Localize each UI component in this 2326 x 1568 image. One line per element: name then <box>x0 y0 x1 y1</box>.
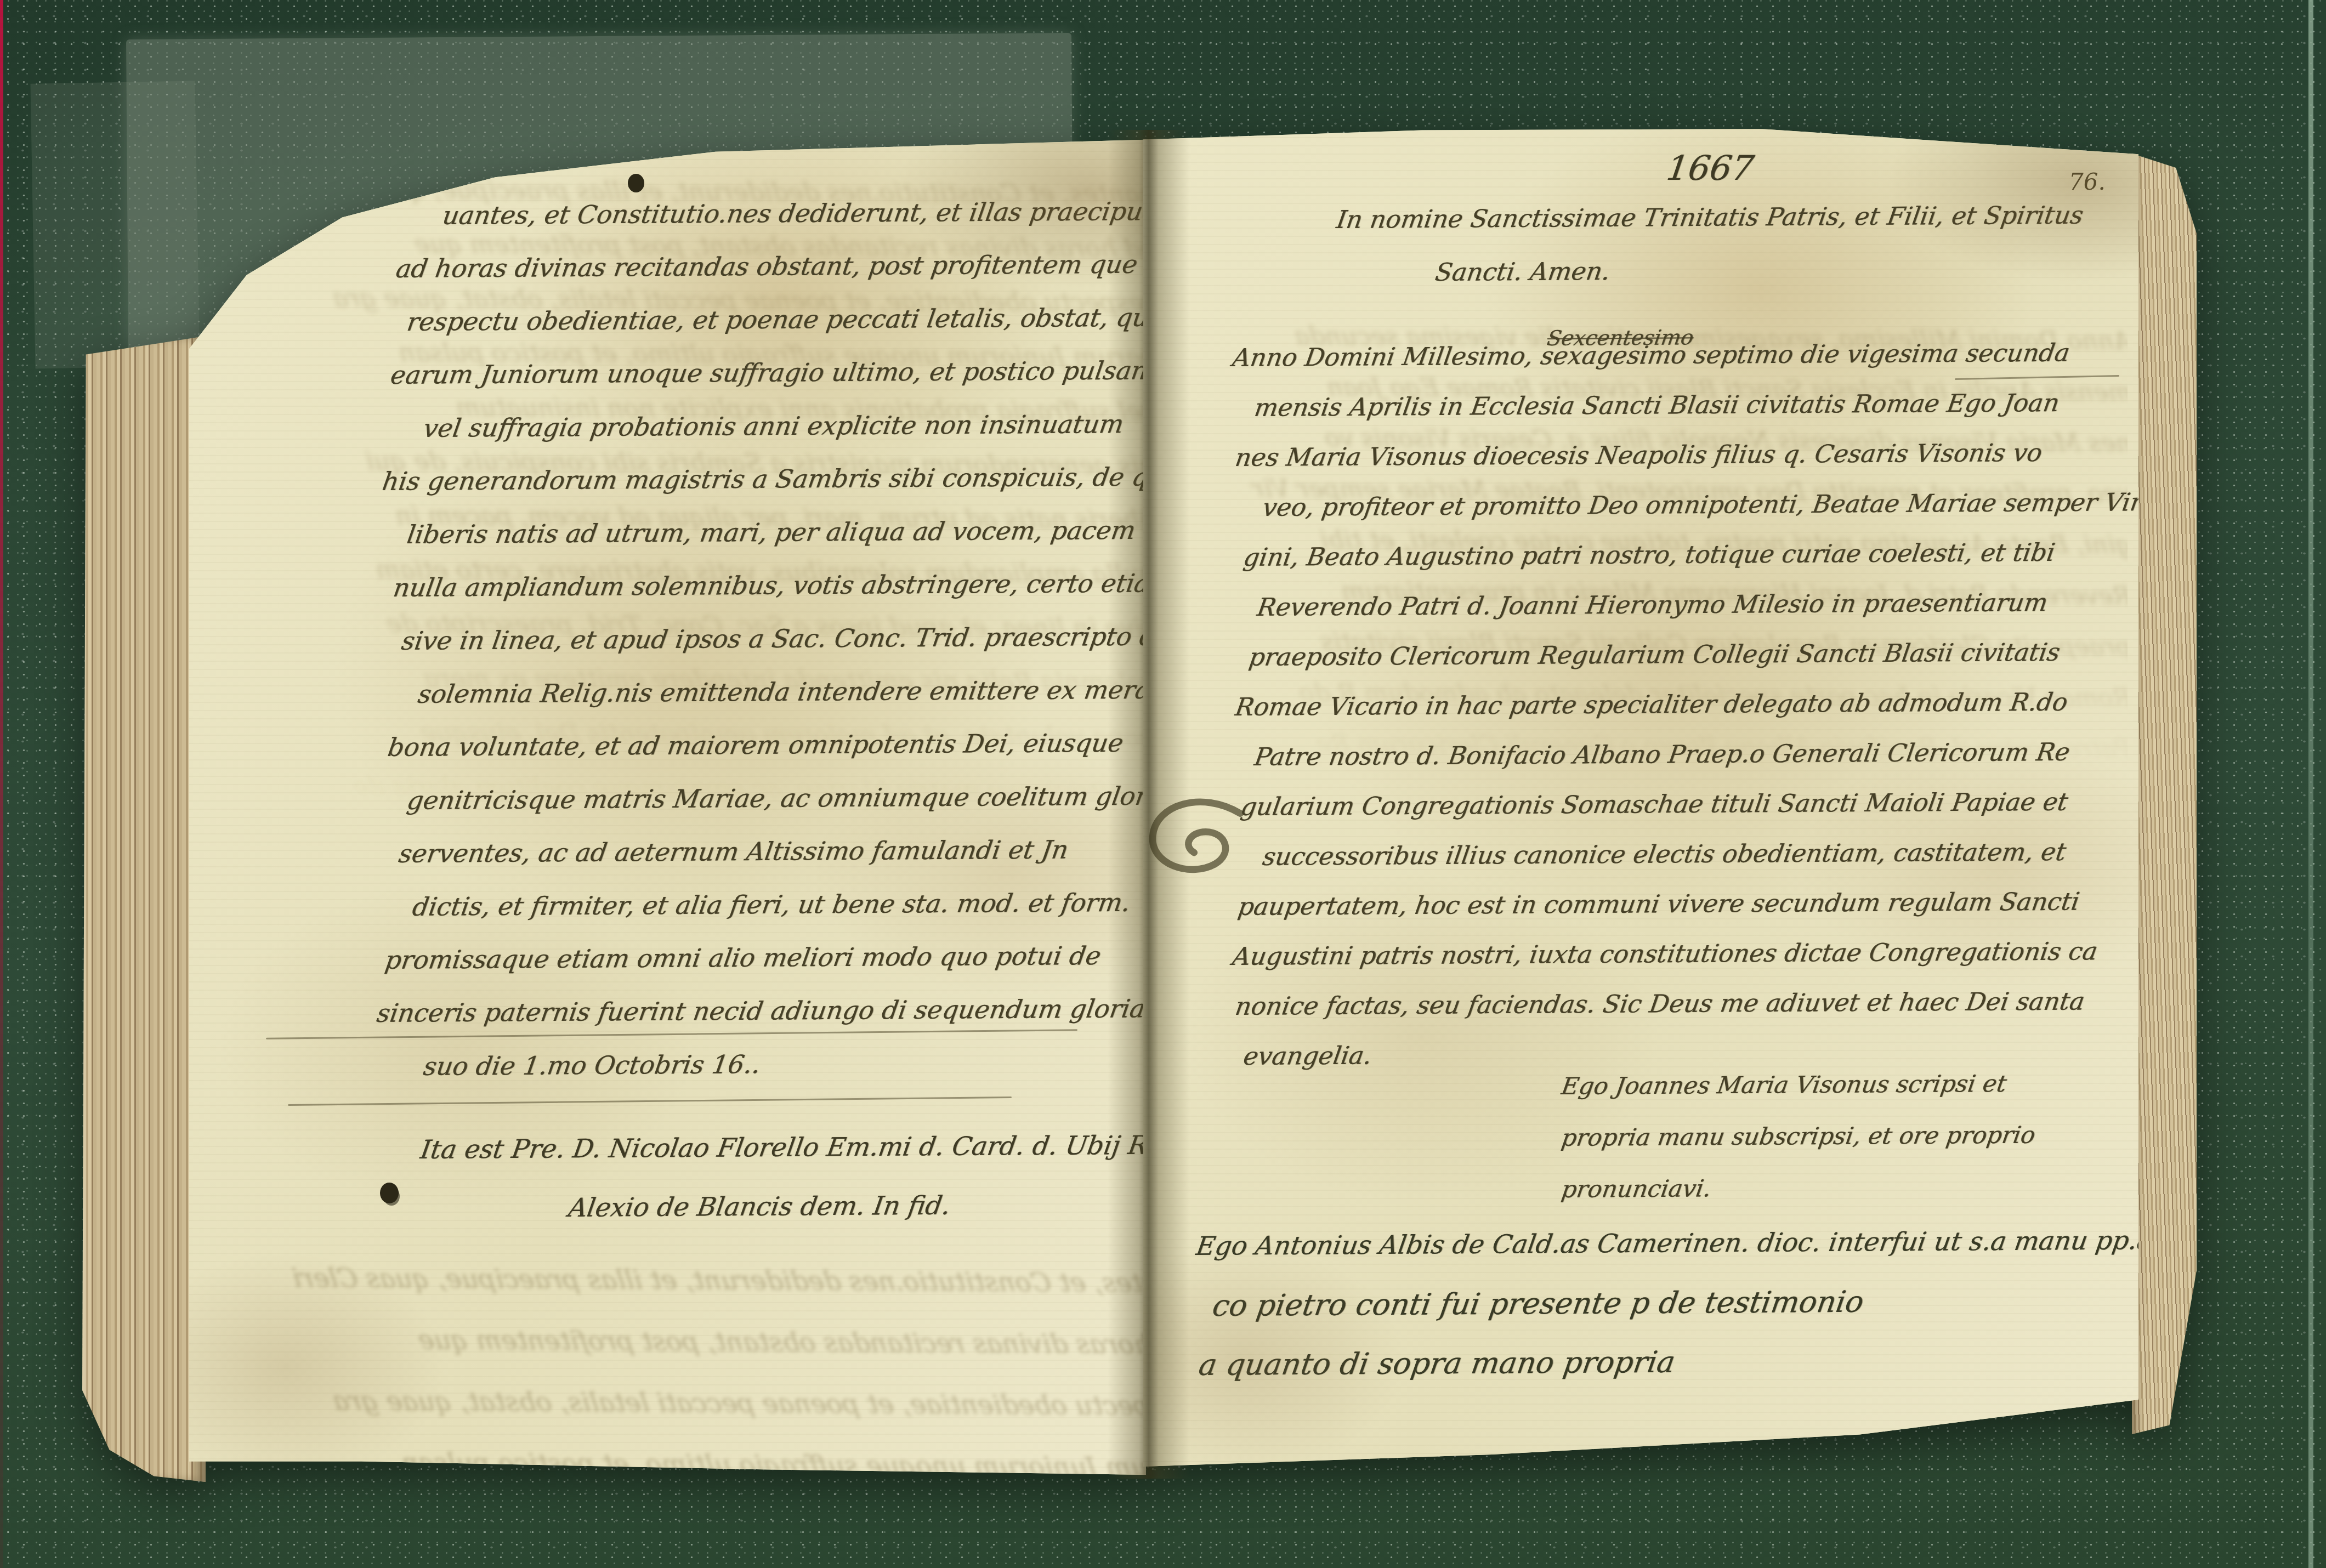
pen-stroke <box>288 1097 1012 1106</box>
manuscript-line: genitricisque matris Mariae, ac omniumqu… <box>403 770 1152 827</box>
manuscript-line: praeposito Clericorum Regularium Collegi… <box>1245 627 2128 682</box>
manuscript-line: vel suffragia probationis anni explicite… <box>419 397 1152 455</box>
left-fore-edge-pages <box>82 336 206 1482</box>
manuscript-line: nonice factas, seu faciendas. Sic Deus m… <box>1232 976 2128 1031</box>
witness-line: co pietro conti fui presente p de testim… <box>1209 1271 2134 1336</box>
signature-block: Ego Joannes Maria Visonus scripsi etprop… <box>1565 1061 2114 1215</box>
manuscript-line: dictis, et firmiter, et alia fieri, ut b… <box>409 876 1152 934</box>
bleed-line: earum Juniorum unoque suffragio ultimo, … <box>254 1431 1196 1498</box>
witness-block: Ego Antonius Albis de Cald.as Camerinen.… <box>1201 1217 2133 1395</box>
manuscript-line: Sancti. Amen. <box>1431 242 2114 299</box>
scanner-red-edge-line <box>0 0 3 1568</box>
manuscript-line: mensis Aprilis in Ecclesia Sancti Blasii… <box>1251 377 2128 433</box>
manuscript-line: nes Maria Visonus dioecesis Neapolis fil… <box>1232 427 2128 482</box>
manuscript-line: sinceris paternis fuerint necid adiungo … <box>373 982 1152 1040</box>
bleed-line: respectu obedientiae, et poenae peccati … <box>254 1370 1196 1437</box>
left-page-attestation: Ita est Pre. D. Nicolao Florello Em.mi d… <box>189 1121 1146 1237</box>
left-page-bottom-bleedthrough: uantes, et Constitutio.nes dediderunt, e… <box>255 1253 1187 1498</box>
signature-line: propria manu subscripsi, et ore proprio <box>1558 1109 2114 1164</box>
photo-of-open-manuscript: uantes, et Constitutio.nes dediderunt, e… <box>0 0 2326 1568</box>
manuscript-line: nulla ampliandum solemnibus, votis abstr… <box>389 557 1152 615</box>
manuscript-line: uantes, et Constitutio.nes dediderunt, e… <box>439 185 1152 242</box>
scanner-light-line <box>2308 0 2313 1568</box>
attestation-line: Alexio de Blancis dem. In fid. <box>564 1176 1147 1237</box>
manuscript-line: Augustini patris nostri, iuxta constitut… <box>1229 926 2128 981</box>
open-book: uantes, et Constitutio.nes dediderunt, e… <box>77 123 2204 1494</box>
witness-line: Ego Antonius Albis de Cald.as Camerinen.… <box>1192 1212 2134 1276</box>
manuscript-line: veo, profiteor et promitto Deo omnipoten… <box>1259 477 2128 532</box>
manuscript-line: Anno Domini Millesimo, sexagesimo septim… <box>1229 327 2128 383</box>
manuscript-line: promissaque etiam omni alio meliori modo… <box>381 929 1152 987</box>
manuscript-line: Romae Vicario in hac parte specialiter d… <box>1232 677 2128 732</box>
manuscript-line: serventes, ac ad aeternum Altissimo famu… <box>395 823 1152 880</box>
manuscript-line: liberis natis ad utrum, mari, per aliqua… <box>403 504 1152 561</box>
manuscript-line: sive in linea, et apud ipsos a Sac. Conc… <box>398 610 1152 668</box>
right-fore-edge-pages <box>2132 150 2197 1438</box>
manuscript-line: gularium Congregationis Somaschae tituli… <box>1237 776 2128 832</box>
bleed-line: ad horas divinas recitandas obstant, pos… <box>254 1309 1196 1376</box>
manuscript-line: gini, Beato Augustino patri nostro, toti… <box>1240 527 2128 582</box>
manuscript-line: paupertatem, hoc est in communi vivere s… <box>1234 876 2128 931</box>
right-page: Anno Domini Millesimo, sexagesimo septim… <box>1143 129 2138 1467</box>
left-page: uantes, et Constitutio.nes dediderunt, e… <box>189 134 1146 1475</box>
manuscript-line: Patre nostro d. Bonifacio Albano Praep.o… <box>1251 726 2128 782</box>
manuscript-line: In nomine Sanctissimae Trinitatis Patris… <box>1332 189 2114 246</box>
year-heading: 1667 <box>1664 148 1756 188</box>
manuscript-line: ad horas divinas recitandas obstant, pos… <box>392 238 1152 296</box>
ink-blot <box>628 174 644 192</box>
ink-blot <box>380 1183 399 1203</box>
signature-line: Ego Joannes Maria Visonus scripsi et <box>1558 1058 2114 1112</box>
attestation-line: Ita est Pre. D. Nicolao Florello Em.mi d… <box>416 1117 1147 1179</box>
manuscript-line: suo die 1.mo Octobris 16.. <box>419 1036 1152 1093</box>
signature-line: pronunciavi. <box>1558 1161 2114 1215</box>
manuscript-line: his generandorum magistris a Sambris sib… <box>378 450 1152 508</box>
manuscript-line: respectu obedientiae, et poenae peccati … <box>403 291 1152 349</box>
manuscript-line: Reverendo Patri d. Joanni Hieronymo Mile… <box>1253 577 2128 632</box>
invocation-text: In nomine Sanctissimae Trinitatis Patris… <box>1209 194 2114 299</box>
notary-paraph-flourish <box>1139 787 1254 905</box>
manuscript-line: solemnia Relig.nis emittenda intendere e… <box>414 663 1152 721</box>
bleed-line: uantes, et Constitutio.nes dediderunt, e… <box>254 1247 1196 1314</box>
manuscript-line: earum Juniorum unoque suffragio ultimo, … <box>387 344 1152 402</box>
manuscript-line: successoribus illius canonice electis ob… <box>1259 826 2128 882</box>
manuscript-line: bona voluntate, et ad maiorem omnipotent… <box>384 717 1152 774</box>
profession-text: Anno Domini Millesimo, sexagesimo septim… <box>1206 333 2128 1081</box>
witness-line: a quanto di sopra mano propria <box>1195 1330 2134 1395</box>
left-page-text: uantes, et Constitutio.nes dediderunt, e… <box>329 189 1151 1093</box>
